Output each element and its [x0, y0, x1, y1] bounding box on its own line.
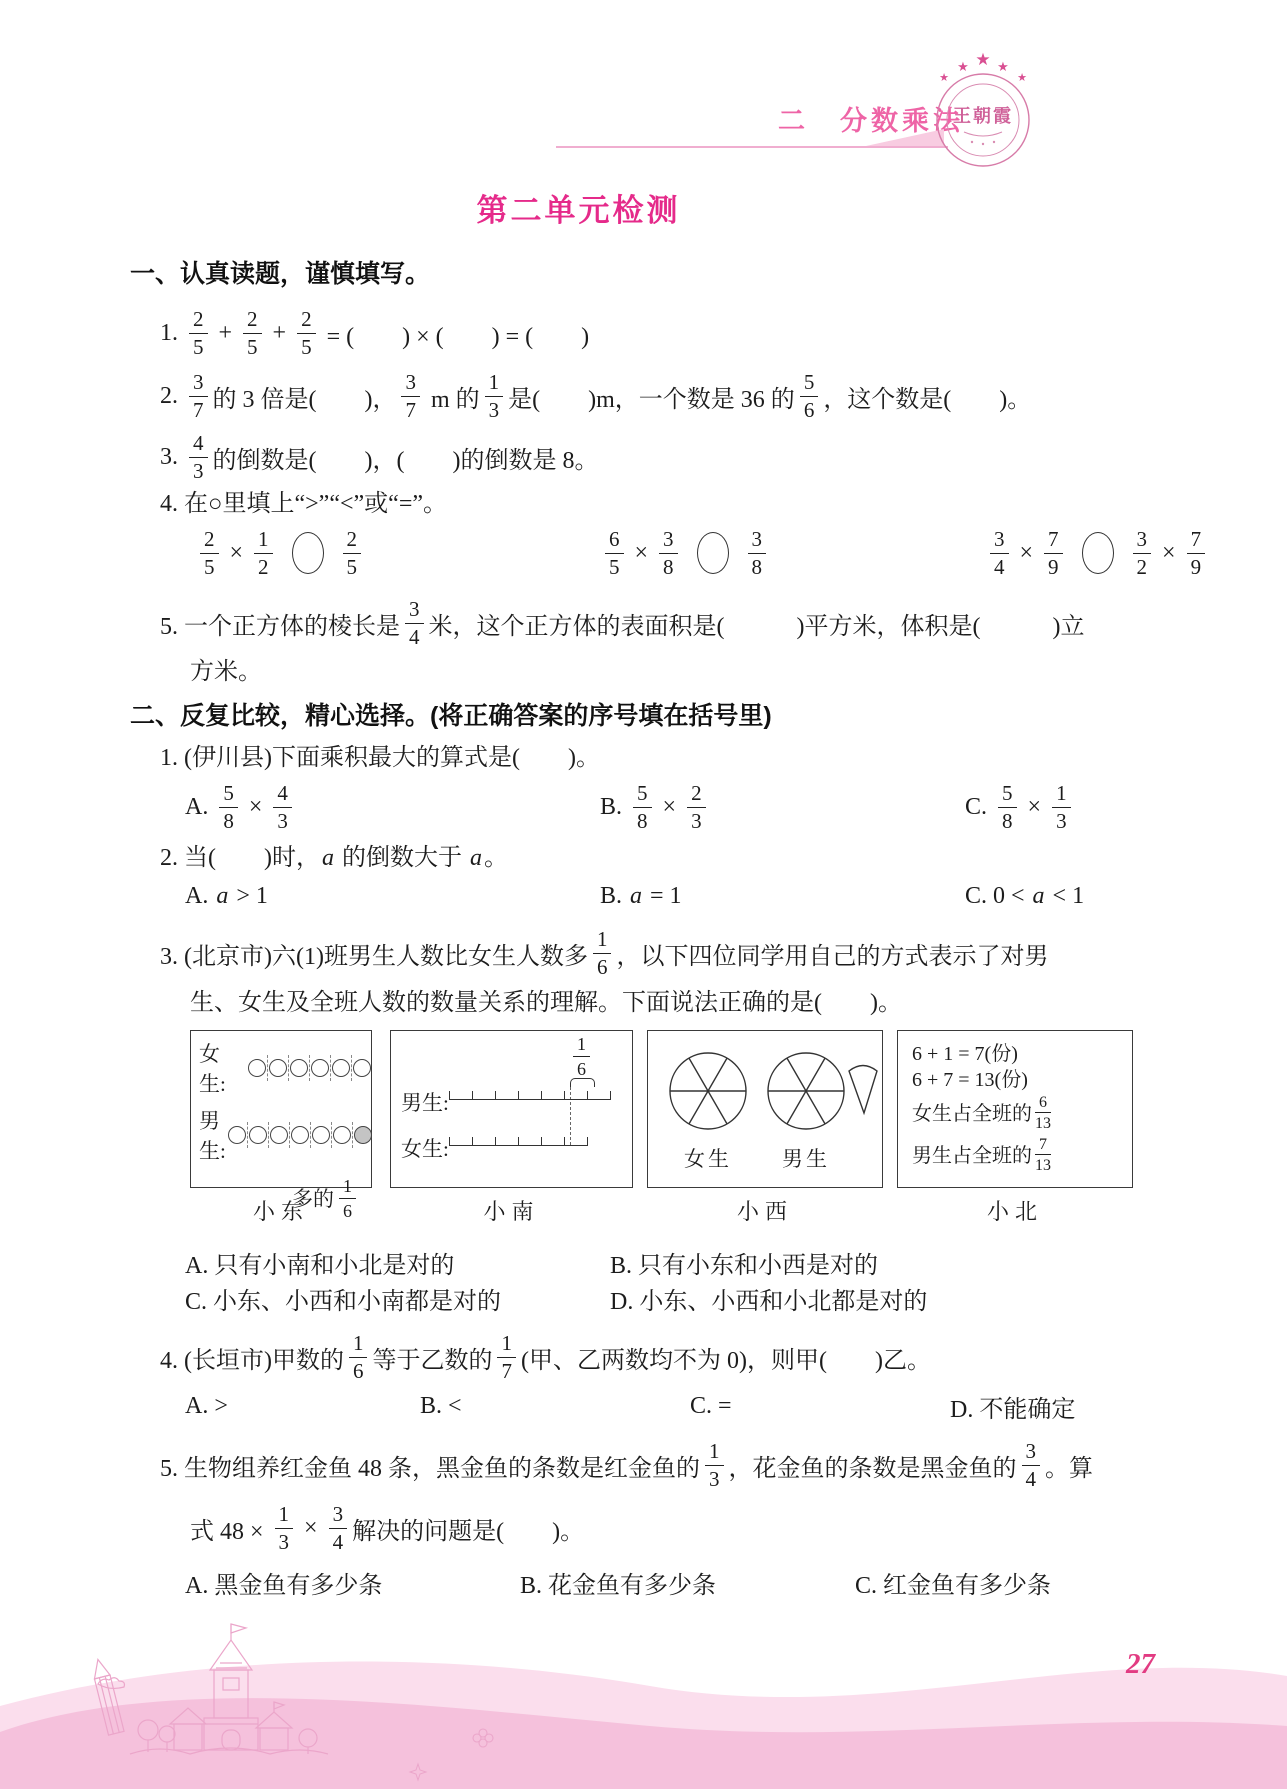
xiaodong-boys-row: 男生:: [199, 1105, 371, 1165]
s2-q3-diagram-row: 女生: 男生: 多的16 小东 16 男生: 女生: 小南: [130, 1030, 1167, 1230]
sparkle-decoration: [408, 1762, 428, 1782]
s1-q5-line2: 方米。: [160, 654, 1167, 690]
s2-q5-option-b: B. 花金鱼有多少条: [520, 1564, 716, 1600]
s1-q5-line1: 5. 一个正方体的棱长是34米，这个正方体的表面积是( )平方米，体积是( )立: [160, 592, 1167, 654]
s2-q5-line1: 5. 生物组养红金鱼 48 条，黑金鱼的条数是红金鱼的13，花金鱼的条数是黑金鱼…: [160, 1434, 1167, 1496]
page-title: 第二单元检测: [0, 185, 1167, 230]
s2-q5-option-c: C. 红金鱼有多少条: [855, 1564, 1051, 1600]
s2-q5-line2: 式 48 × 13 × 34解决的问题是( )。: [160, 1496, 1167, 1560]
s2-q2-options: A. a > 1 B. a = 1 C. 0 < a < 1: [130, 878, 1167, 914]
publisher-seal: ★ ★ ★ ★ ★ 王朝霞: [922, 48, 1044, 174]
compare-circle: [1082, 532, 1114, 574]
girls-circles: [248, 1055, 371, 1081]
s2-q2-stem: 2. 当( )时，a 的倒数大于 a。: [160, 840, 1167, 876]
girls-bar: [449, 1137, 588, 1146]
s2-q3-options-row1: A. 只有小南和小北是对的 B. 只有小东和小西是对的: [130, 1244, 1167, 1280]
section2-heading: 二、反复比较，精心选择。(将正确答案的序号填在括号里): [130, 698, 1167, 734]
s2-q2-option-a: A. a > 1: [185, 878, 268, 914]
s2-q1-option-a: A. 58 × 43: [185, 776, 297, 838]
xiaobei-line1: 6 + 1 = 7(份): [912, 1041, 1132, 1067]
s2-q1-option-c: C. 58 × 13: [965, 776, 1076, 838]
s2-q1-option-b: B. 58 × 23: [600, 776, 711, 838]
s2-q3-line2: 生、女生及全班人数的数量关系的理解。下面说法正确的是( )。: [160, 984, 1167, 1022]
s2-q5-options: A. 黑金鱼有多少条 B. 花金鱼有多少条 C. 红金鱼有多少条: [130, 1564, 1167, 1600]
diagram-xiaoxi: 女生 男生: [647, 1030, 883, 1188]
seal-star-icon: ★: [957, 59, 969, 74]
xiaodong-girls-row: 女生:: [199, 1038, 371, 1098]
s2-q4-option-c: C. =: [690, 1388, 732, 1424]
s1-q4-expr2: 65 × 3838: [600, 522, 771, 584]
s1-q4-expressions: 25 × 1225 65 × 3838 34 × 7932 × 79: [130, 522, 1167, 584]
seal-flourish: [964, 132, 1002, 136]
diagram-xiaobei: 6 + 1 = 7(份) 6 + 7 = 13(份) 女生占全班的613 男生占…: [897, 1030, 1133, 1188]
header-underline: [556, 146, 948, 148]
s2-q4-stem: 4. (长垣市)甲数的16等于乙数的17(甲、乙两数均不为 0)，则甲( )乙。: [160, 1326, 1167, 1388]
s2-q3-line1: 3. (北京市)六(1)班男生人数比女生人数多16，以下四位同学用自己的方式表示…: [160, 922, 1167, 984]
girls-label: 女生:: [199, 1038, 246, 1098]
compare-circle: [292, 532, 324, 574]
worksheet-content: 第二单元检测 一、认真读题，谨慎填写。 1. 25 + 25 + 25 = ( …: [130, 185, 1167, 1600]
s2-q4-options: A. > B. < C. = D. 不能确定: [130, 1388, 1167, 1424]
xiaonan-fraction: 16: [568, 1035, 595, 1078]
xiaonan-brace: [570, 1078, 595, 1087]
s1-q2: 2. 37的 3 倍是( )，37 m 的13是( )m，一个数是 36 的56…: [160, 364, 1167, 428]
caption-xiaobei: 小北: [897, 1195, 1133, 1225]
compare-circle: [697, 532, 729, 574]
diagram-xiaodong: 女生: 男生: 多的16: [190, 1030, 372, 1188]
boys-label: 男生:: [199, 1105, 226, 1165]
worksheet-page: 二 分数乘法 ★ ★ ★ ★ ★ 王朝霞 第二单元检测 一、认真读题，谨慎填写。…: [0, 0, 1287, 1789]
flower-decoration: [470, 1725, 496, 1751]
caption-xiaoxi: 小西: [647, 1195, 883, 1225]
s2-q3-option-a: A. 只有小南和小北是对的: [185, 1244, 454, 1280]
xiaoxi-pie-diagram: 女生 男生: [648, 1031, 881, 1186]
s2-q3-options-row2: C. 小东、小西和小南都是对的 D. 小东、小西和小北都是对的: [130, 1280, 1167, 1316]
s2-q1-options: A. 58 × 43 B. 58 × 23 C. 58 × 13: [130, 776, 1167, 838]
s2-q5-option-a: A. 黑金鱼有多少条: [185, 1564, 382, 1600]
girls-label: 女生: [684, 1147, 732, 1171]
xiaobei-line3: 女生占全班的613: [912, 1093, 1132, 1135]
s2-q4-option-a: A. >: [185, 1388, 228, 1424]
s2-q3-option-b: B. 只有小东和小西是对的: [610, 1244, 878, 1280]
xiaobei-line2: 6 + 7 = 13(份): [912, 1067, 1132, 1093]
s1-q3: 3. 43的倒数是( )，( )的倒数是 8。: [160, 428, 1167, 486]
seal-name-text: 王朝霞: [953, 105, 1013, 126]
castle-illustration: [70, 1618, 400, 1768]
s2-q2-option-b: B. a = 1: [600, 878, 682, 914]
seal-star-icon: ★: [939, 72, 949, 84]
s1-q1: 1. 25 + 25 + 25 = ( ) × ( ) = ( ): [160, 302, 1167, 364]
s1-q4-expr1: 25 × 1225: [195, 522, 366, 584]
s1-q4-expr3: 34 × 7932 × 79: [985, 522, 1210, 584]
xiaobei-line4: 男生占全班的713: [912, 1135, 1132, 1177]
s2-q1-stem: 1. (伊川县)下面乘积最大的算式是( )。: [160, 740, 1167, 776]
girls-label: 女生:: [401, 1133, 449, 1163]
boys-bar: [449, 1091, 611, 1100]
seal-star-icon: ★: [1017, 72, 1027, 84]
s2-q3-option-d: D. 小东、小西和小北都是对的: [610, 1280, 927, 1316]
s2-q2-option-c: C. 0 < a < 1: [965, 878, 1084, 914]
s2-q4-option-d: D. 不能确定: [950, 1388, 1075, 1424]
seal-star-icon: ★: [975, 50, 990, 69]
section1-heading: 一、认真读题，谨慎填写。: [130, 256, 1167, 292]
boys-circles: [228, 1122, 372, 1148]
page-number: 27: [1126, 1648, 1155, 1681]
seal-star-icon: ★: [997, 59, 1009, 74]
boys-label: 男生:: [401, 1087, 449, 1117]
extra-wedge: [849, 1066, 877, 1114]
diagram-xiaonan: 16 男生: 女生:: [390, 1030, 633, 1188]
s1-q4-instruction: 4. 在○里填上“>”“<”或“=”。: [160, 486, 1167, 522]
caption-xiaodong: 小东: [190, 1195, 372, 1225]
s2-q3-option-c: C. 小东、小西和小南都是对的: [185, 1280, 501, 1316]
s2-q4-option-b: B. <: [420, 1388, 462, 1424]
boys-label: 男生: [782, 1147, 830, 1171]
caption-xiaonan: 小南: [390, 1195, 633, 1225]
